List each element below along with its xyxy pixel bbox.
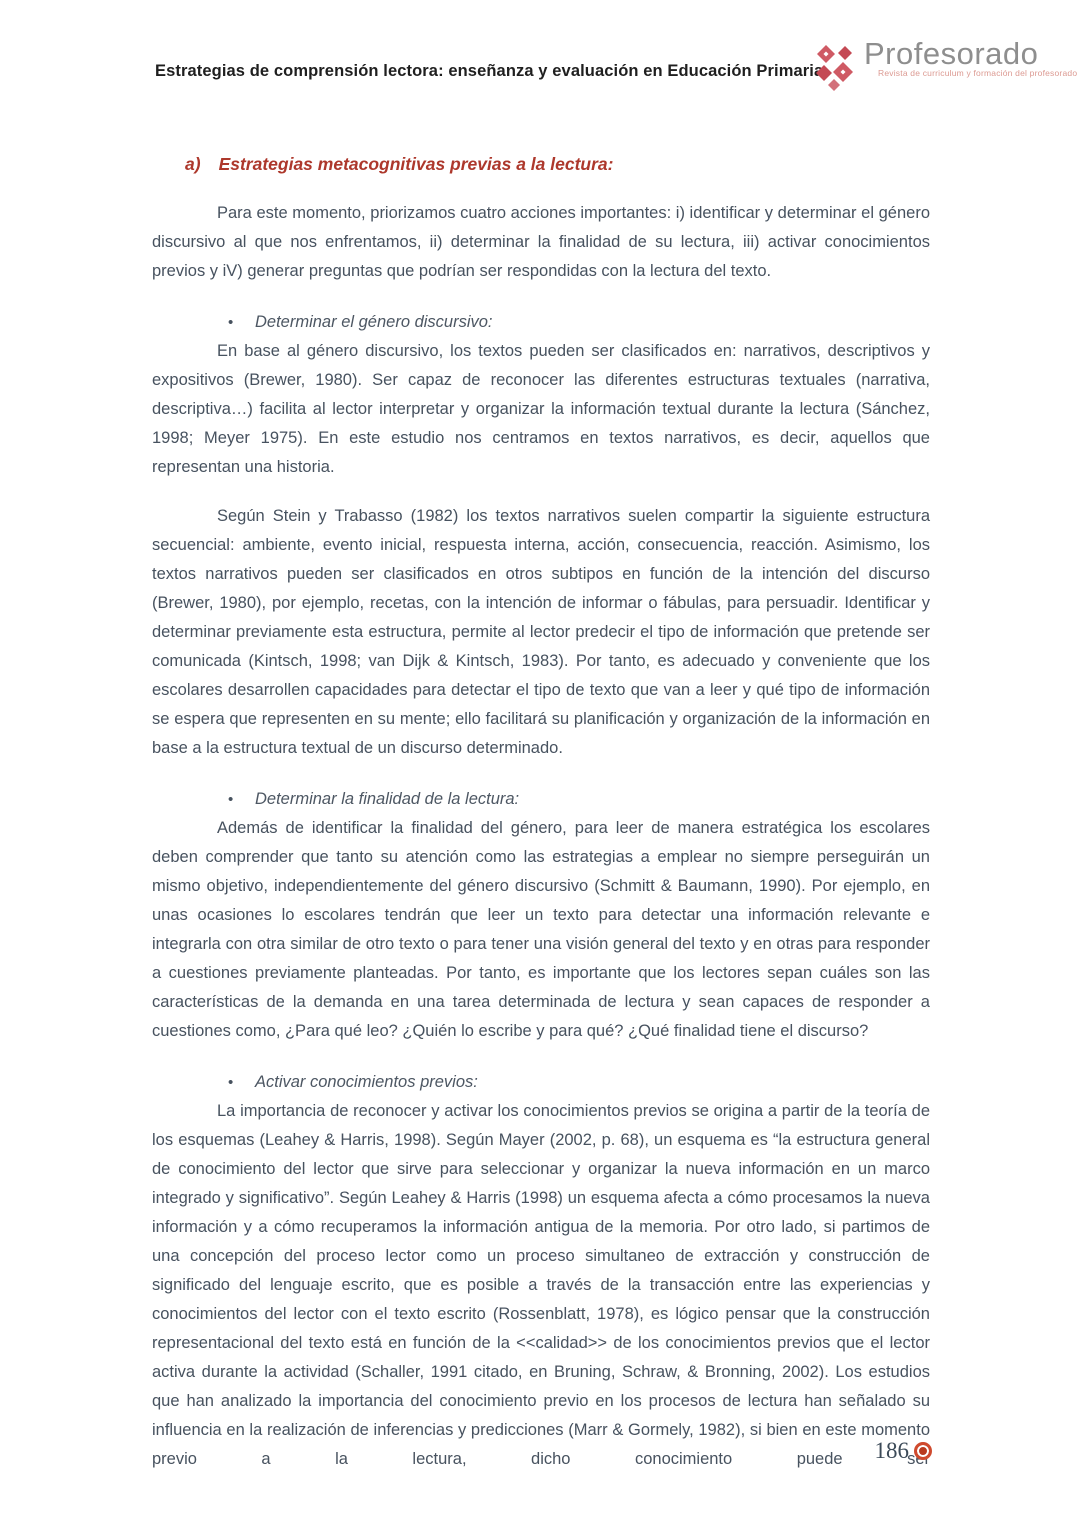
- logo-tagline: Revista de curriculum y formación del pr…: [878, 68, 1077, 78]
- bullet-heading-purpose: •Determinar la finalidad de la lectura:: [152, 785, 930, 814]
- bullet-heading-prior-knowledge: •Activar conocimientos previos:: [152, 1068, 930, 1097]
- page-number-badge-icon: [914, 1442, 932, 1460]
- section-title: Estrategias metacognitivas previas a la …: [219, 154, 614, 174]
- bullet-title-genre: Determinar el género discursivo:: [255, 313, 493, 331]
- logo-wordmark: Profesorado: [864, 38, 1077, 70]
- bullet-heading-genre: •Determinar el género discursivo:: [152, 308, 930, 337]
- paragraph-genre-2: Según Stein y Trabasso (1982) los textos…: [152, 502, 930, 763]
- paragraph-purpose-1: Además de identificar la finalidad del g…: [152, 814, 930, 1046]
- bullet-icon: •: [228, 785, 255, 814]
- bullet-title-purpose: Determinar la finalidad de la lectura:: [255, 790, 519, 808]
- bullet-title-prior-knowledge: Activar conocimientos previos:: [255, 1073, 478, 1091]
- section-letter: a): [185, 154, 201, 174]
- paragraph-intro: Para este momento, priorizamos cuatro ac…: [152, 199, 930, 286]
- profesorado-logo-icon: [812, 42, 860, 94]
- page-number: 186: [875, 1438, 910, 1464]
- bullet-icon: •: [228, 1068, 255, 1097]
- profesorado-logo: Profesorado Revista de curriculum y form…: [812, 38, 1077, 94]
- paper-page: Estrategias de comprensión lectora: ense…: [0, 0, 1080, 1527]
- running-head: Estrategias de comprensión lectora: ense…: [155, 62, 823, 81]
- section-heading: a)Estrategias metacognitivas previas a l…: [152, 150, 930, 179]
- paragraph-prior-knowledge-1: La importancia de reconocer y activar lo…: [152, 1097, 930, 1474]
- paragraph-genre-1: En base al género discursivo, los textos…: [152, 337, 930, 482]
- logo-text-block: Profesorado Revista de curriculum y form…: [864, 38, 1077, 78]
- bullet-icon: •: [228, 308, 255, 337]
- article-body: a)Estrategias metacognitivas previas a l…: [152, 150, 930, 1474]
- page-footer: 186: [875, 1438, 933, 1464]
